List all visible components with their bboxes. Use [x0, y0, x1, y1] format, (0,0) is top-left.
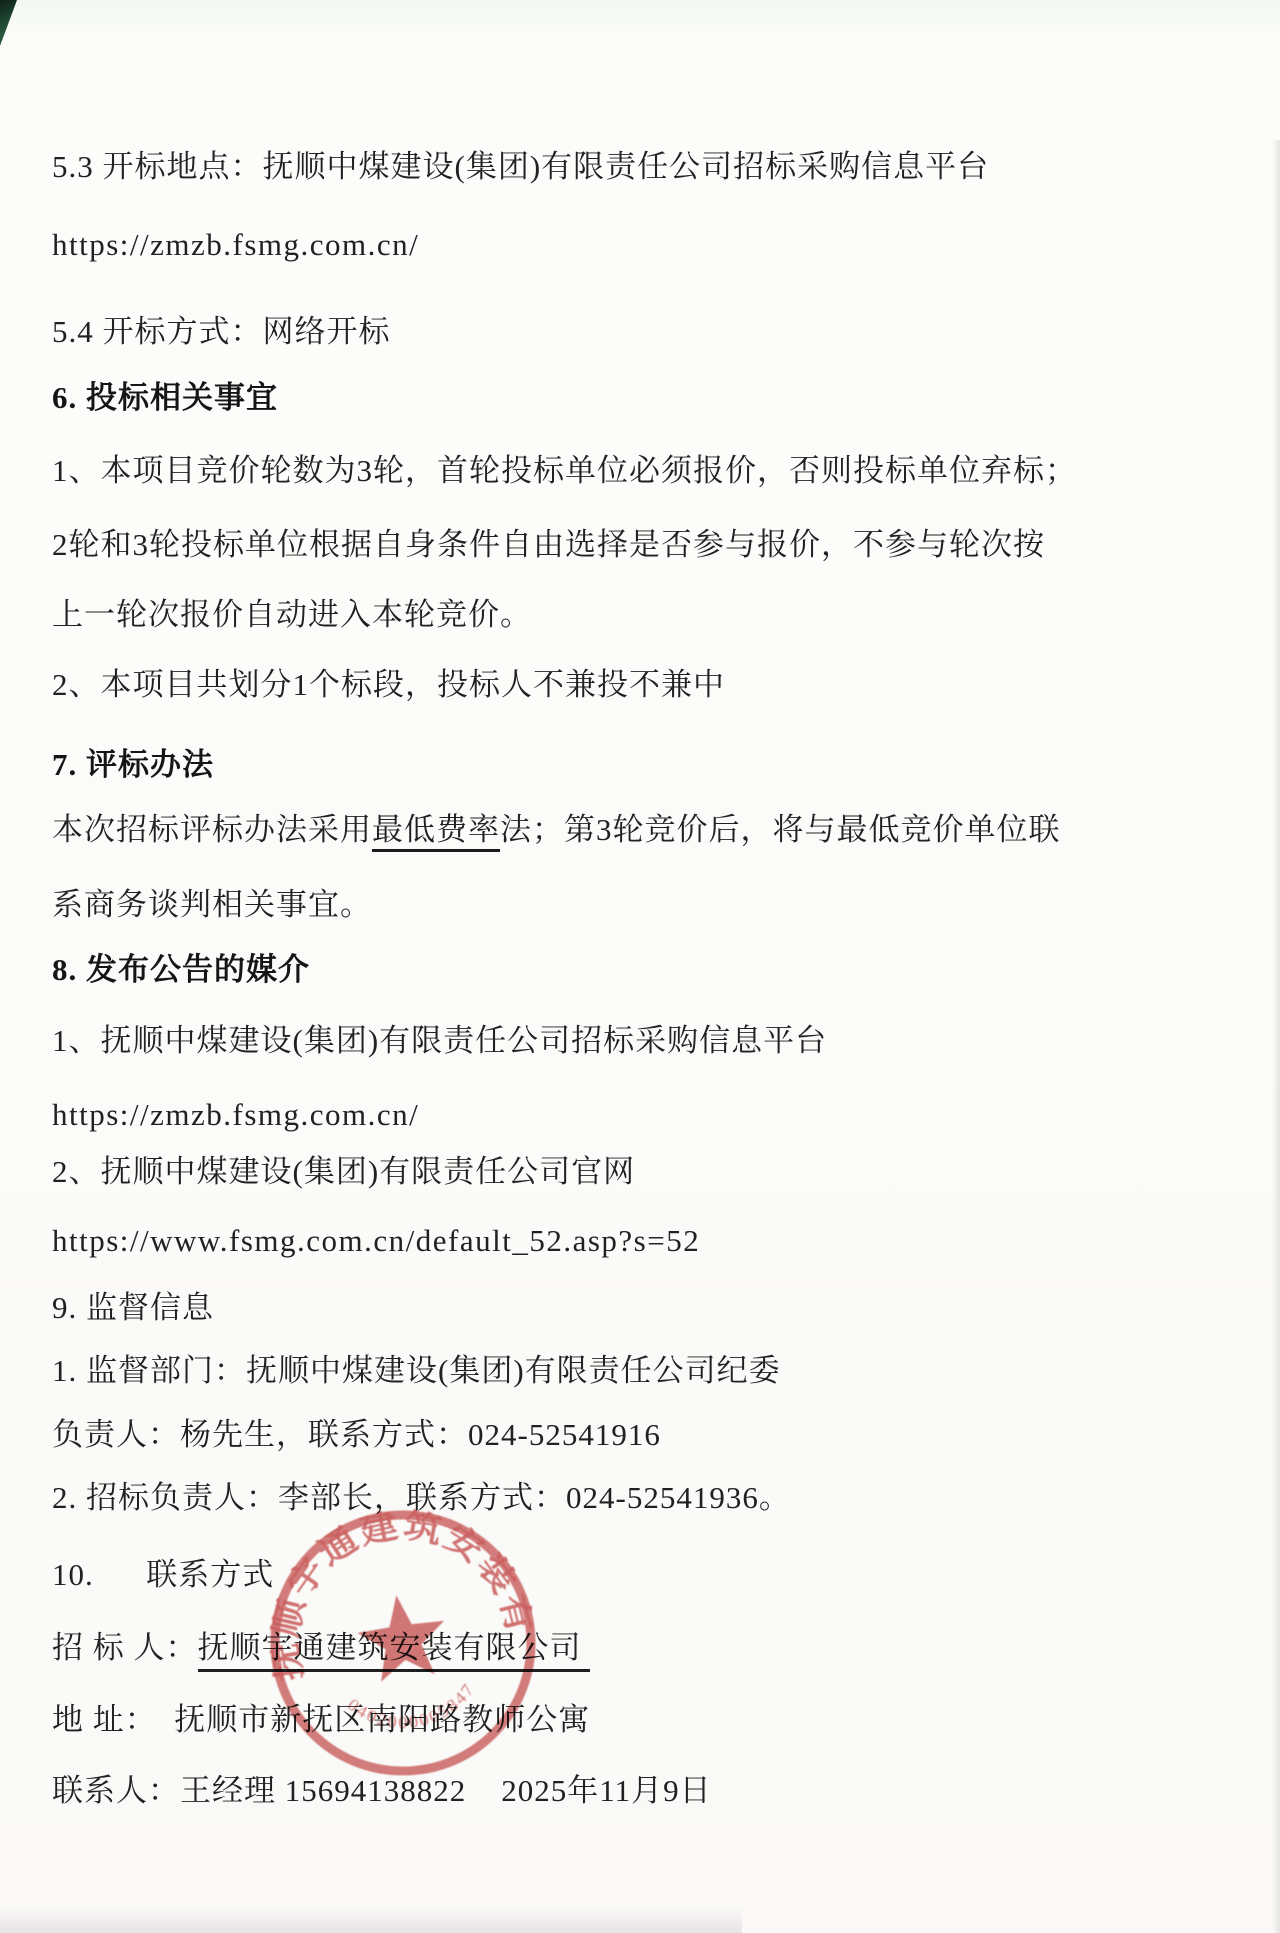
company-seal-stamp: 抚顺宇通建筑安装有限公司 0402000005847 — [234, 1474, 573, 1813]
evaluation-method-underlined: 最低费率 — [372, 812, 500, 852]
page-edge-shadow — [1272, 140, 1280, 1933]
supervision-contact-line: 负责人：杨先生，联系方式：024-52541916 — [52, 1416, 661, 1455]
bid-round-rule-line-3: 上一轮次报价自动进入本轮竞价。 — [52, 596, 532, 635]
seal-star-icon — [353, 1589, 451, 1684]
photo-corner-artifact — [0, 0, 17, 46]
media-official-site-line: 2、抚顺中煤建设(集团)有限责任公司官网 — [52, 1153, 635, 1192]
evaluation-method-suffix: 法；第3轮竞价后，将与最低竞价单位联 — [500, 812, 1061, 847]
media-platform-url: https://zmzb.fsmg.com.cn/ — [52, 1096, 419, 1135]
section-9-heading: 9. 监督信息 — [52, 1289, 214, 1328]
bid-round-rule-line-2: 2轮和3轮投标单位根据自身条件自由选择是否参与报价，不参与轮次按 — [52, 526, 1045, 565]
evaluation-method-prefix: 本次招标评标办法采用 — [52, 812, 372, 847]
scan-noise-strip — [0, 1907, 742, 1933]
evaluation-method-line-2: 系商务谈判相关事宜。 — [52, 886, 372, 925]
scanned-document-page: 5.3 开标地点：抚顺中煤建设(集团)有限责任公司招标采购信息平台 https:… — [0, 0, 1280, 1933]
media-official-site-url: https://www.fsmg.com.cn/default_52.asp?s… — [52, 1222, 700, 1261]
seal-serial-arc-text: 0402000005847 — [342, 1677, 483, 1740]
bidder-label: 招 标 人： — [52, 1630, 198, 1665]
open-bid-method-line: 5.4 开标方式：网络开标 — [52, 313, 391, 352]
section-8-heading: 8. 发布公告的媒介 — [52, 951, 310, 990]
media-platform-line: 1、抚顺中煤建设(集团)有限责任公司招标采购信息平台 — [52, 1022, 827, 1061]
bid-round-rule-line-1: 1、本项目竞价轮数为3轮，首轮投标单位必须报价，否则投标单位弃标； — [52, 452, 1077, 491]
supervision-dept-line: 1. 监督部门：抚顺中煤建设(集团)有限责任公司纪委 — [52, 1352, 781, 1391]
platform-url-line: https://zmzb.fsmg.com.cn/ — [52, 226, 419, 265]
section-6-heading: 6. 投标相关事宜 — [52, 379, 278, 418]
open-bid-location-line: 5.3 开标地点：抚顺中煤建设(集团)有限责任公司招标采购信息平台 — [52, 148, 989, 187]
evaluation-method-line: 本次招标评标办法采用最低费率法；第3轮竞价后，将与最低竞价单位联 — [52, 811, 1061, 850]
lot-division-line: 2、本项目共划分1个标段，投标人不兼投不兼中 — [52, 666, 725, 705]
section-7-heading: 7. 评标办法 — [52, 746, 214, 785]
